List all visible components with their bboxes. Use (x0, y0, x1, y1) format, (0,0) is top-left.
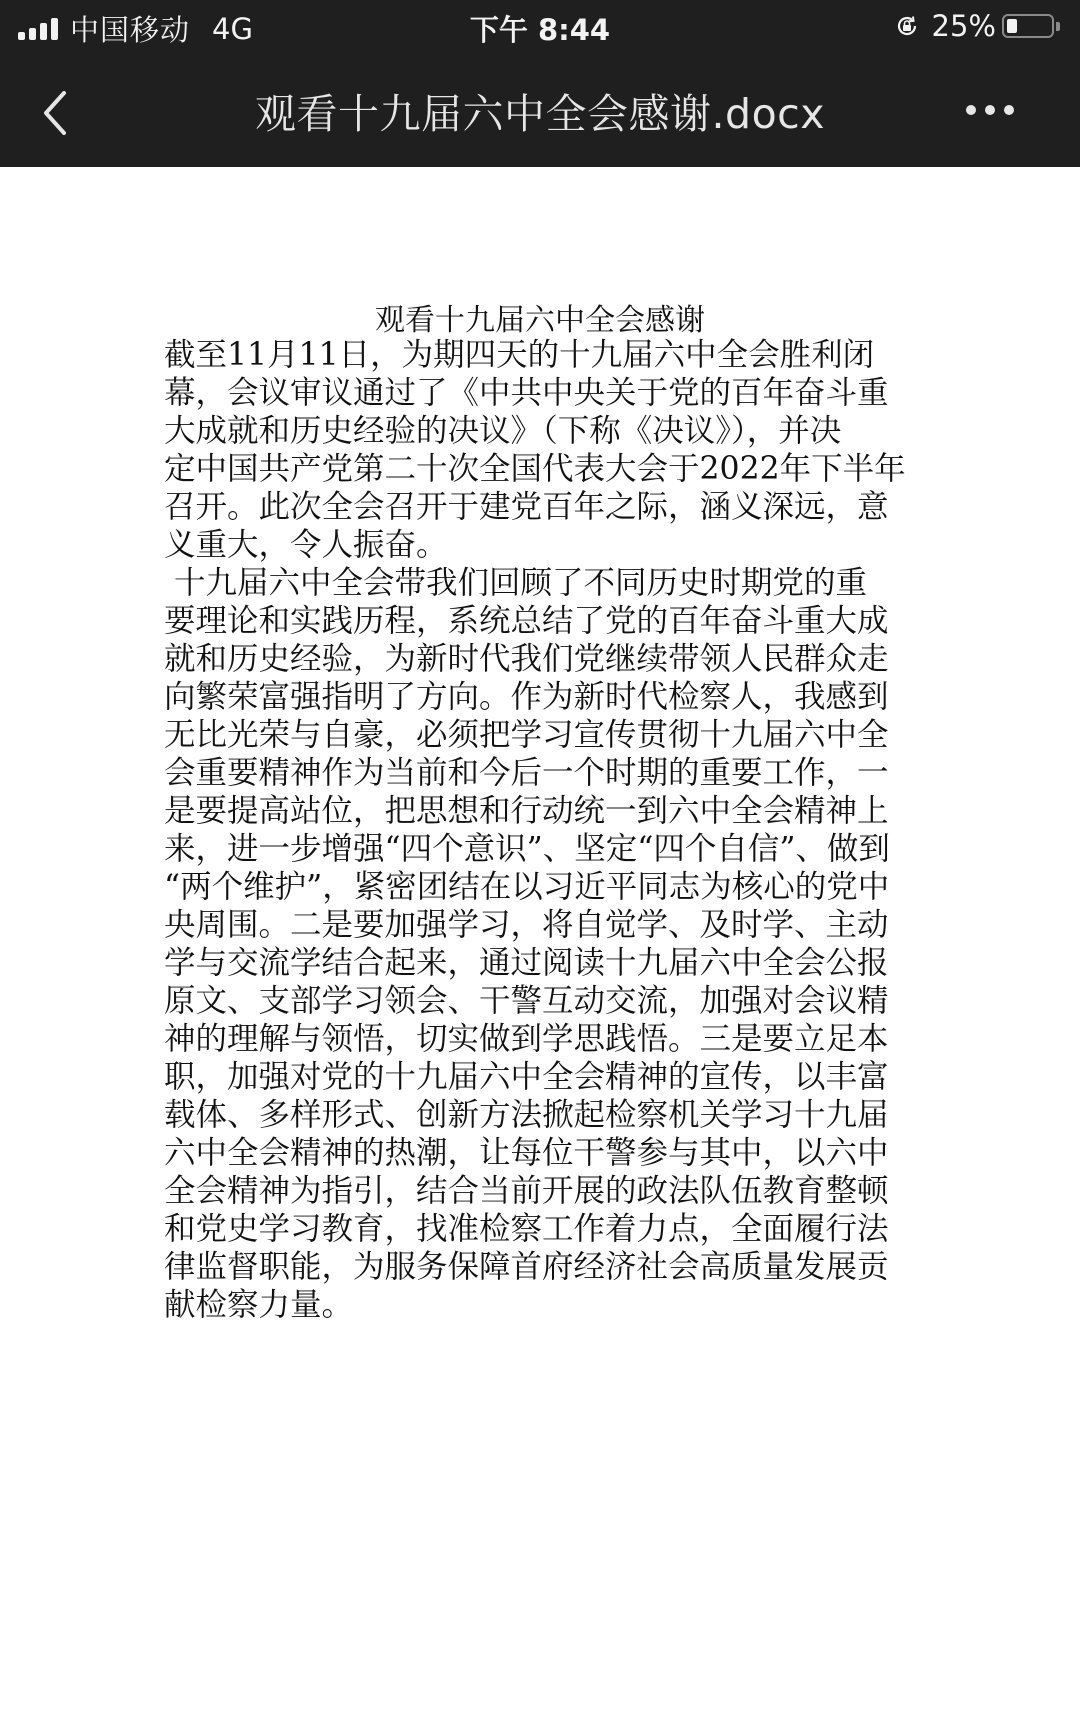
battery-percent: 25% (932, 9, 996, 43)
text-line: 无比光荣与自豪，必须把学习宣传贯彻十九届六中全 (164, 716, 924, 754)
document-title: 观看十九届六中全会感谢 (0, 295, 1080, 339)
file-title: 观看十九届六中全会感谢.docx (0, 81, 1080, 140)
text-line: 召开。此次全会召开于建党百年之际，涵义深远，意 (164, 488, 924, 526)
text-line: 是要提高站位，把思想和行动统一到六中全会精神上 (164, 792, 924, 830)
text-line: “两个维护”，紧密团结在以习近平同志为核心的党中 (164, 868, 924, 906)
text-line: 神的理解与领悟，切实做到学思践悟。三是要立足本 (164, 1020, 924, 1058)
text-line: 截至11月11日，为期四天的十九届六中全会胜利闭 (164, 336, 924, 374)
text-line: 六中全会精神的热潮，让每位干警参与其中，以六中 (164, 1134, 924, 1172)
text-line: 大成就和历史经验的决议》（下称《决议》），并决 (164, 412, 924, 450)
text-line: 来，进一步增强“四个意识”、坚定“四个自信”、做到 (164, 830, 924, 868)
text-line: 全会精神为指引，结合当前开展的政法队伍教育整顿 (164, 1172, 924, 1210)
battery-icon (1002, 14, 1054, 38)
text-line: 义重大，令人振奋。 (164, 526, 924, 564)
rotation-lock-icon (894, 13, 920, 39)
text-line: 十九届六中全会带我们回顾了不同历史时期党的重 (164, 564, 924, 602)
text-line: 原文、支部学习领会、干警互动交流，加强对会议精 (164, 982, 924, 1020)
status-right: 25% (894, 9, 1060, 43)
text-line: 幕，会议审议通过了《中共中央关于党的百年奋斗重 (164, 374, 924, 412)
document-view[interactable]: 观看十九届六中全会感谢 截至11月11日，为期四天的十九届六中全会胜利闭 幕，会… (0, 167, 1080, 1718)
battery-tip (1056, 22, 1060, 31)
text-line: 定中国共产党第二十次全国代表大会于2022年下半年 (164, 450, 924, 488)
status-bar: 中国移动 4G 下午 8:44 25% (0, 0, 1080, 55)
text-line: 向繁荣富强指明了方向。作为新时代检察人，我感到 (164, 678, 924, 716)
text-line: 和党史学习教育，找准检察工作着力点，全面履行法 (164, 1210, 924, 1248)
text-line: 学与交流学结合起来，通过阅读十九届六中全会公报 (164, 944, 924, 982)
text-line: 载体、多样形式、创新方法掀起检察机关学习十九届 (164, 1096, 924, 1134)
nav-bar: 观看十九届六中全会感谢.docx (0, 55, 1080, 167)
text-line: 律监督职能，为服务保障首府经济社会高质量发展贡 (164, 1248, 924, 1286)
more-horizontal-icon[interactable] (966, 105, 1014, 115)
text-line: 会重要精神作为当前和今后一个时期的重要工作，一 (164, 754, 924, 792)
text-line: 职，加强对党的十九届六中全会精神的宣传，以丰富 (164, 1058, 924, 1096)
text-line: 要理论和实践历程，系统总结了党的百年奋斗重大成 (164, 602, 924, 640)
text-line: 献检察力量。 (164, 1286, 924, 1324)
text-line: 就和历史经验，为新时代我们党继续带领人民群众走 (164, 640, 924, 678)
document-body: 截至11月11日，为期四天的十九届六中全会胜利闭 幕，会议审议通过了《中共中央关… (164, 336, 924, 1324)
text-line: 央周围。二是要加强学习，将自觉学、及时学、主动 (164, 906, 924, 944)
